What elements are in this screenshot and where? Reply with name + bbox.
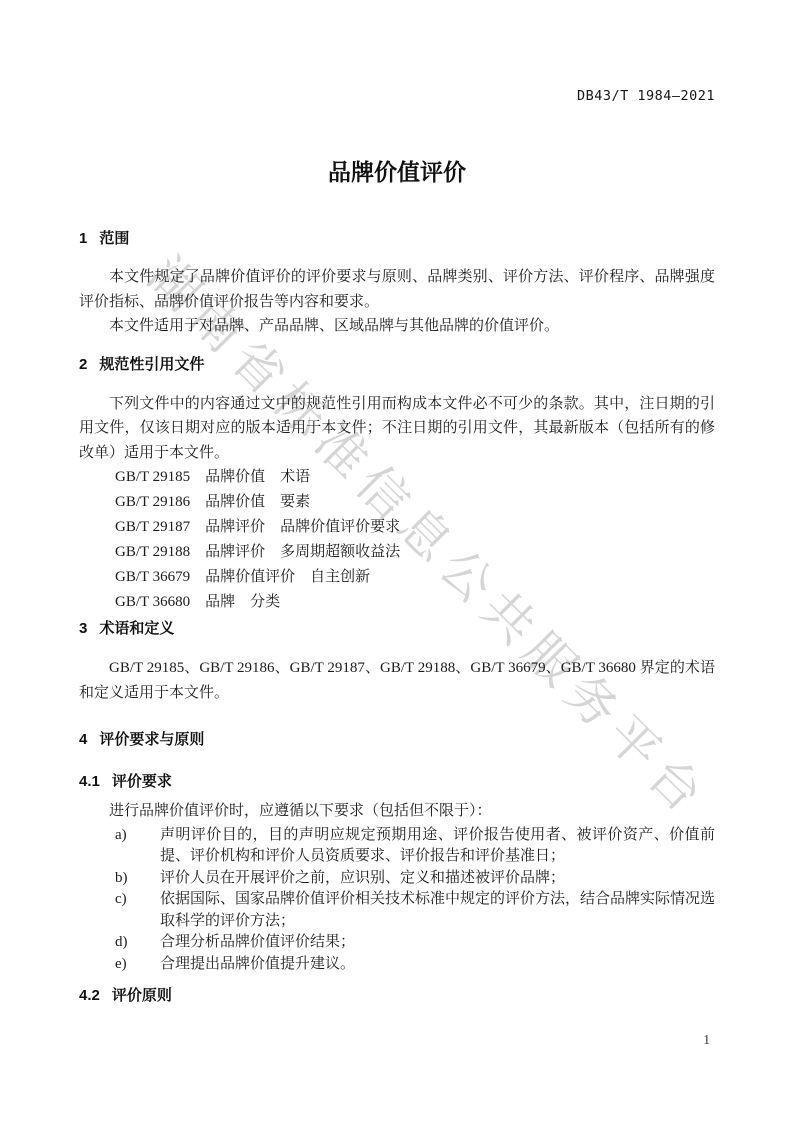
reference-list: GB/T 29185 品牌价值 术语 GB/T 29186 品牌价值 要素 GB…: [79, 465, 715, 615]
document-page: 湖南省标准信息公共服务平台 DB43/T 1984—2021 品牌价值评价 1范…: [0, 0, 794, 1122]
scope-paragraph-1: 本文件规定了品牌价值评价的评价要求与原则、品牌类别、评价方法、评价程序、品牌强度…: [79, 265, 715, 314]
section-2-number: 2: [79, 356, 87, 373]
list-item: d) 合理分析品牌价值评价结果；: [115, 932, 715, 954]
requirements-list: a) 声明评价目的，目的声明应规定预期用途、评价报告使用者、被评价资产、价值前提…: [115, 825, 715, 976]
list-item-label: c): [115, 889, 160, 932]
section-4-1-heading: 4.1评价要求: [79, 773, 715, 790]
reference-item: GB/T 29187 品牌评价 品牌价值评价要求: [115, 515, 715, 540]
reference-item: GB/T 29185 品牌价值 术语: [115, 465, 715, 490]
list-item: c) 依据国际、国家品牌价值评价相关技术标准中规定的评价方法，结合品牌实际情况选…: [115, 889, 715, 932]
document-title: 品牌价值评价: [79, 157, 715, 188]
list-item: a) 声明评价目的，目的声明应规定预期用途、评价报告使用者、被评价资产、价值前提…: [115, 825, 715, 868]
section-4-number: 4: [79, 731, 87, 748]
reference-item: GB/T 36679 品牌价值评价 自主创新: [115, 565, 715, 590]
section-4-1-heading-text: 评价要求: [112, 773, 172, 790]
list-item: b) 评价人员在开展评价之前，应识别、定义和描述被评价品牌；: [115, 868, 715, 890]
normative-references-paragraph: 下列文件中的内容通过文中的规范性引用而构成本文件必不可少的条款。其中，注日期的引…: [79, 392, 715, 466]
list-item-label: a): [115, 825, 160, 868]
section-1-number: 1: [79, 230, 87, 247]
list-item-label: e): [115, 954, 160, 976]
section-4-2-heading-text: 评价原则: [112, 987, 172, 1004]
section-4-heading-text: 评价要求与原则: [99, 731, 204, 748]
section-4-2-heading: 4.2评价原则: [79, 987, 715, 1004]
section-4-1-number: 4.1: [79, 773, 100, 790]
section-2-heading-text: 规范性引用文件: [99, 356, 204, 373]
section-3-number: 3: [79, 620, 87, 637]
list-item: e) 合理提出品牌价值提升建议。: [115, 954, 715, 976]
reference-item: GB/T 36680 品牌 分类: [115, 590, 715, 615]
section-2-heading: 2规范性引用文件: [79, 356, 715, 373]
reference-item: GB/T 29186 品牌价值 要素: [115, 490, 715, 515]
list-item-text: 依据国际、国家品牌价值评价相关技术标准中规定的评价方法，结合品牌实际情况选取科学…: [160, 889, 715, 932]
section-4-heading: 4评价要求与原则: [79, 731, 715, 748]
list-item-text: 合理提出品牌价值提升建议。: [160, 954, 715, 976]
list-item-label: d): [115, 932, 160, 954]
list-item-text: 评价人员在开展评价之前，应识别、定义和描述被评价品牌；: [160, 868, 715, 890]
section-1-heading: 1范围: [79, 230, 715, 247]
scope-paragraph-2: 本文件适用于对品牌、产品品牌、区域品牌与其他品牌的价值评价。: [79, 314, 715, 339]
section-1-body: 本文件规定了品牌价值评价的评价要求与原则、品牌类别、评价方法、评价程序、品牌强度…: [79, 265, 715, 339]
terms-definitions-paragraph: GB/T 29185、GB/T 29186、GB/T 29187、GB/T 29…: [79, 656, 715, 705]
list-item-text: 声明评价目的，目的声明应规定预期用途、评价报告使用者、被评价资产、价值前提、评价…: [160, 825, 715, 868]
section-3-heading-text: 术语和定义: [99, 620, 174, 637]
list-item-text: 合理分析品牌价值评价结果；: [160, 932, 715, 954]
section-4-2-number: 4.2: [79, 987, 100, 1004]
section-1-heading-text: 范围: [99, 230, 129, 247]
section-3-heading: 3术语和定义: [79, 620, 715, 637]
reference-item: GB/T 29188 品牌评价 多周期超额收益法: [115, 540, 715, 565]
page-number: 1: [703, 1032, 710, 1048]
standard-code: DB43/T 1984—2021: [79, 88, 715, 105]
list-item-label: b): [115, 868, 160, 890]
document-content: DB43/T 1984—2021 品牌价值评价 1范围 本文件规定了品牌价值评价…: [79, 88, 715, 1004]
requirements-intro-paragraph: 进行品牌价值评价时，应遵循以下要求（包括但不限于）：: [79, 799, 715, 824]
